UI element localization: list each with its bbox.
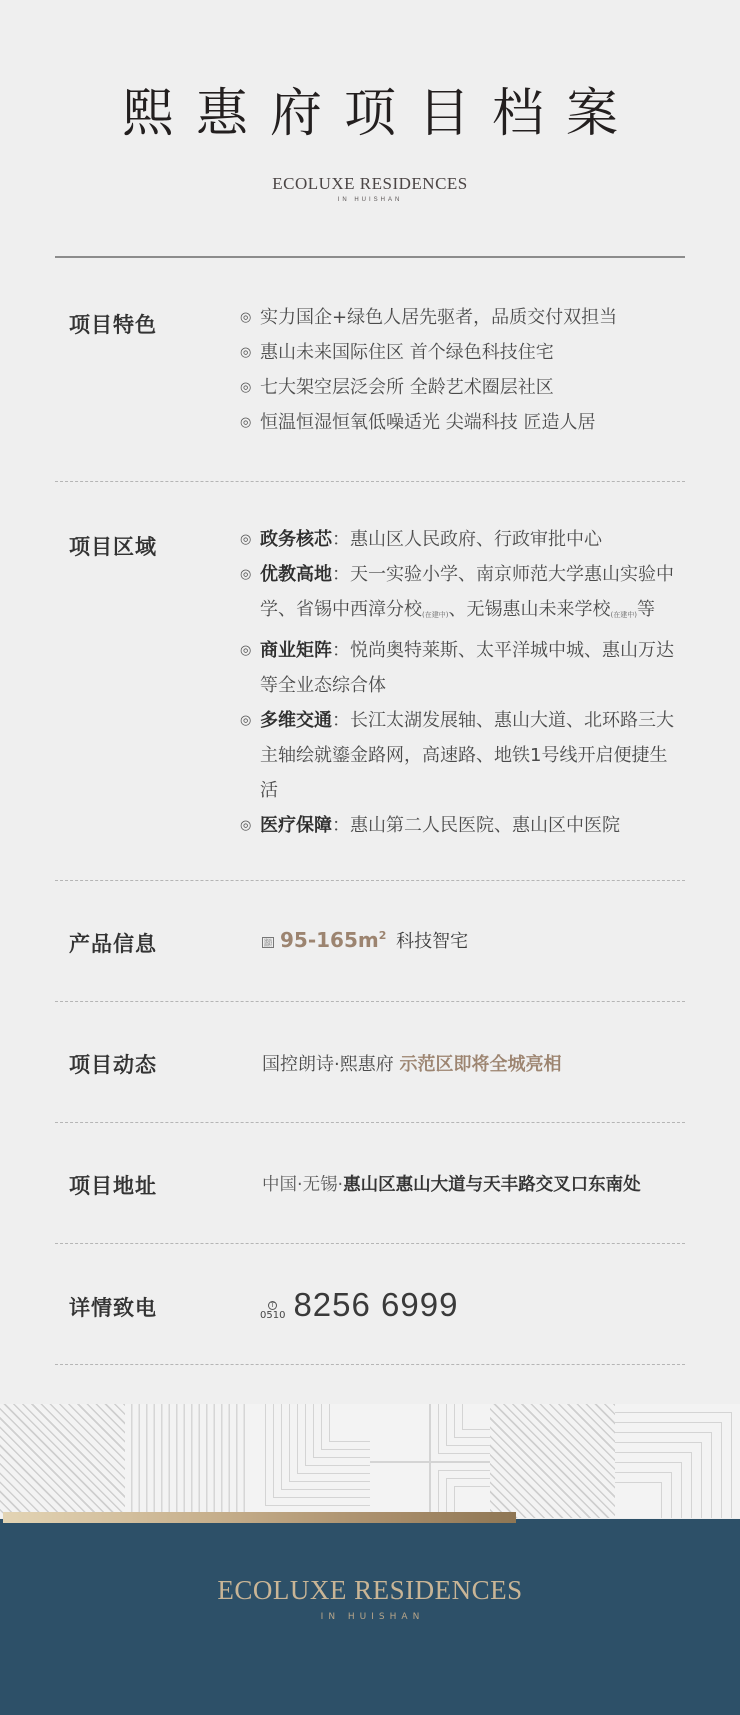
list-item: ◎实力国企+绿色人居先驱者，品质交付双担当 [240, 300, 685, 335]
floor-area-icon: 建筑面积 [262, 937, 274, 948]
bullet-icon: ◎ [240, 300, 251, 335]
pattern-tile-vertical [125, 1404, 250, 1518]
bullet-icon: ◎ [240, 633, 251, 668]
section-divider [55, 880, 685, 881]
section-label: 详情致电 [69, 1292, 157, 1322]
section-divider [55, 1001, 685, 1002]
product-desc: 科技智宅 [396, 931, 468, 952]
bullet-icon: ◎ [240, 522, 251, 557]
bullet-icon: ◎ [240, 703, 251, 738]
header-divider [55, 256, 685, 258]
decorative-pattern [0, 1404, 740, 1518]
bullet-icon: ◎ [240, 335, 251, 370]
section-label: 项目区域 [69, 531, 157, 561]
brand-logo-top: ECOLUXE RESIDENCES IN HUISHAN [0, 174, 740, 203]
pattern-tile-nested [250, 1404, 370, 1518]
footer-brand-subtitle: IN HUISHAN [0, 1612, 740, 1622]
area-code: 0510 [260, 1310, 285, 1321]
phone-number[interactable]: 8256 6999 [293, 1286, 458, 1323]
section-features: 项目特色 ◎实力国企+绿色人居先驱者，品质交付双担当 ◎惠山未来国际住区 首个绿… [55, 300, 685, 440]
section-divider [55, 481, 685, 482]
section-label: 项目动态 [69, 1049, 157, 1079]
pattern-tile-diagonal [490, 1404, 615, 1518]
phone-icon: T [268, 1301, 277, 1310]
contact-phone[interactable]: T 0510 8256 6999 [260, 1286, 705, 1324]
section-product: 产品信息 建筑面积95-165m2 科技智宅 [55, 925, 685, 965]
brand-logo-footer: ECOLUXE RESIDENCES IN HUISHAN [0, 1575, 740, 1622]
pattern-tile-quad [370, 1404, 490, 1518]
brand-subtitle: IN HUISHAN [0, 197, 740, 203]
list-item: ◎恒温恒湿恒氧低噪适光 尖端科技 匠造人居 [240, 405, 685, 440]
phone-prefix: T 0510 [260, 1301, 285, 1321]
section-news: 项目动态 国控朗诗·熙惠府 示范区即将全城亮相 [55, 1046, 685, 1086]
region-list: ◎政务核芯：惠山区人民政府、行政审批中心 ◎优教高地：天一实验小学、南京师范大学… [240, 522, 685, 843]
section-label: 产品信息 [69, 928, 157, 958]
gold-accent-bar [3, 1512, 516, 1523]
list-item: ◎七大架空层泛会所 全龄艺术圈层社区 [240, 370, 685, 405]
section-label: 项目特色 [69, 309, 157, 339]
page-title: 熙惠府项目档案 [0, 84, 740, 144]
pattern-tile-nested [615, 1404, 740, 1518]
list-item: ◎多维交通：长江太湖发展轴、惠山大道、北环路三大主轴绘就鎏金路网，高速路、地铁1… [240, 703, 685, 808]
footer-brand-name: ECOLUXE RESIDENCES [0, 1575, 740, 1606]
section-divider [55, 1122, 685, 1123]
brand-name: ECOLUXE RESIDENCES [0, 174, 740, 194]
list-item: ◎医疗保障：惠山第二人民医院、惠山区中医院 [240, 808, 685, 843]
list-item: ◎优教高地：天一实验小学、南京师范大学惠山实验中学、省锡中西漳分校(在建中)、无… [240, 557, 685, 633]
pattern-tile-diagonal [0, 1404, 125, 1518]
list-item: ◎商业矩阵：悦尚奥特莱斯、太平洋城中城、惠山万达等全业态综合体 [240, 633, 685, 703]
news-highlight: 示范区即将全城亮相 [399, 1054, 561, 1075]
section-divider [55, 1243, 685, 1244]
list-item: ◎政务核芯：惠山区人民政府、行政审批中心 [240, 522, 685, 557]
section-divider [55, 1364, 685, 1365]
news-text: 国控朗诗·熙惠府 示范区即将全城亮相 [262, 1050, 692, 1076]
bullet-icon: ◎ [240, 808, 251, 843]
bullet-icon: ◎ [240, 405, 251, 440]
bullet-icon: ◎ [240, 557, 251, 592]
header: 熙惠府项目档案 ECOLUXE RESIDENCES IN HUISHAN [0, 0, 740, 258]
section-label: 项目地址 [69, 1170, 157, 1200]
area-range: 95-165m [280, 928, 379, 952]
features-list: ◎实力国企+绿色人居先驱者，品质交付双担当 ◎惠山未来国际住区 首个绿色科技住宅… [240, 300, 685, 440]
section-region: 项目区域 ◎政务核芯：惠山区人民政府、行政审批中心 ◎优教高地：天一实验小学、南… [55, 522, 685, 842]
bullet-icon: ◎ [240, 370, 251, 405]
section-address: 项目地址 中国·无锡·惠山区惠山大道与天丰路交叉口东南处 [55, 1167, 685, 1207]
product-info: 建筑面积95-165m2 科技智宅 [262, 927, 707, 953]
section-contact: 详情致电 T 0510 8256 6999 [55, 1286, 685, 1330]
address-text: 中国·无锡·惠山区惠山大道与天丰路交叉口东南处 [262, 1171, 692, 1196]
list-item: ◎惠山未来国际住区 首个绿色科技住宅 [240, 335, 685, 370]
